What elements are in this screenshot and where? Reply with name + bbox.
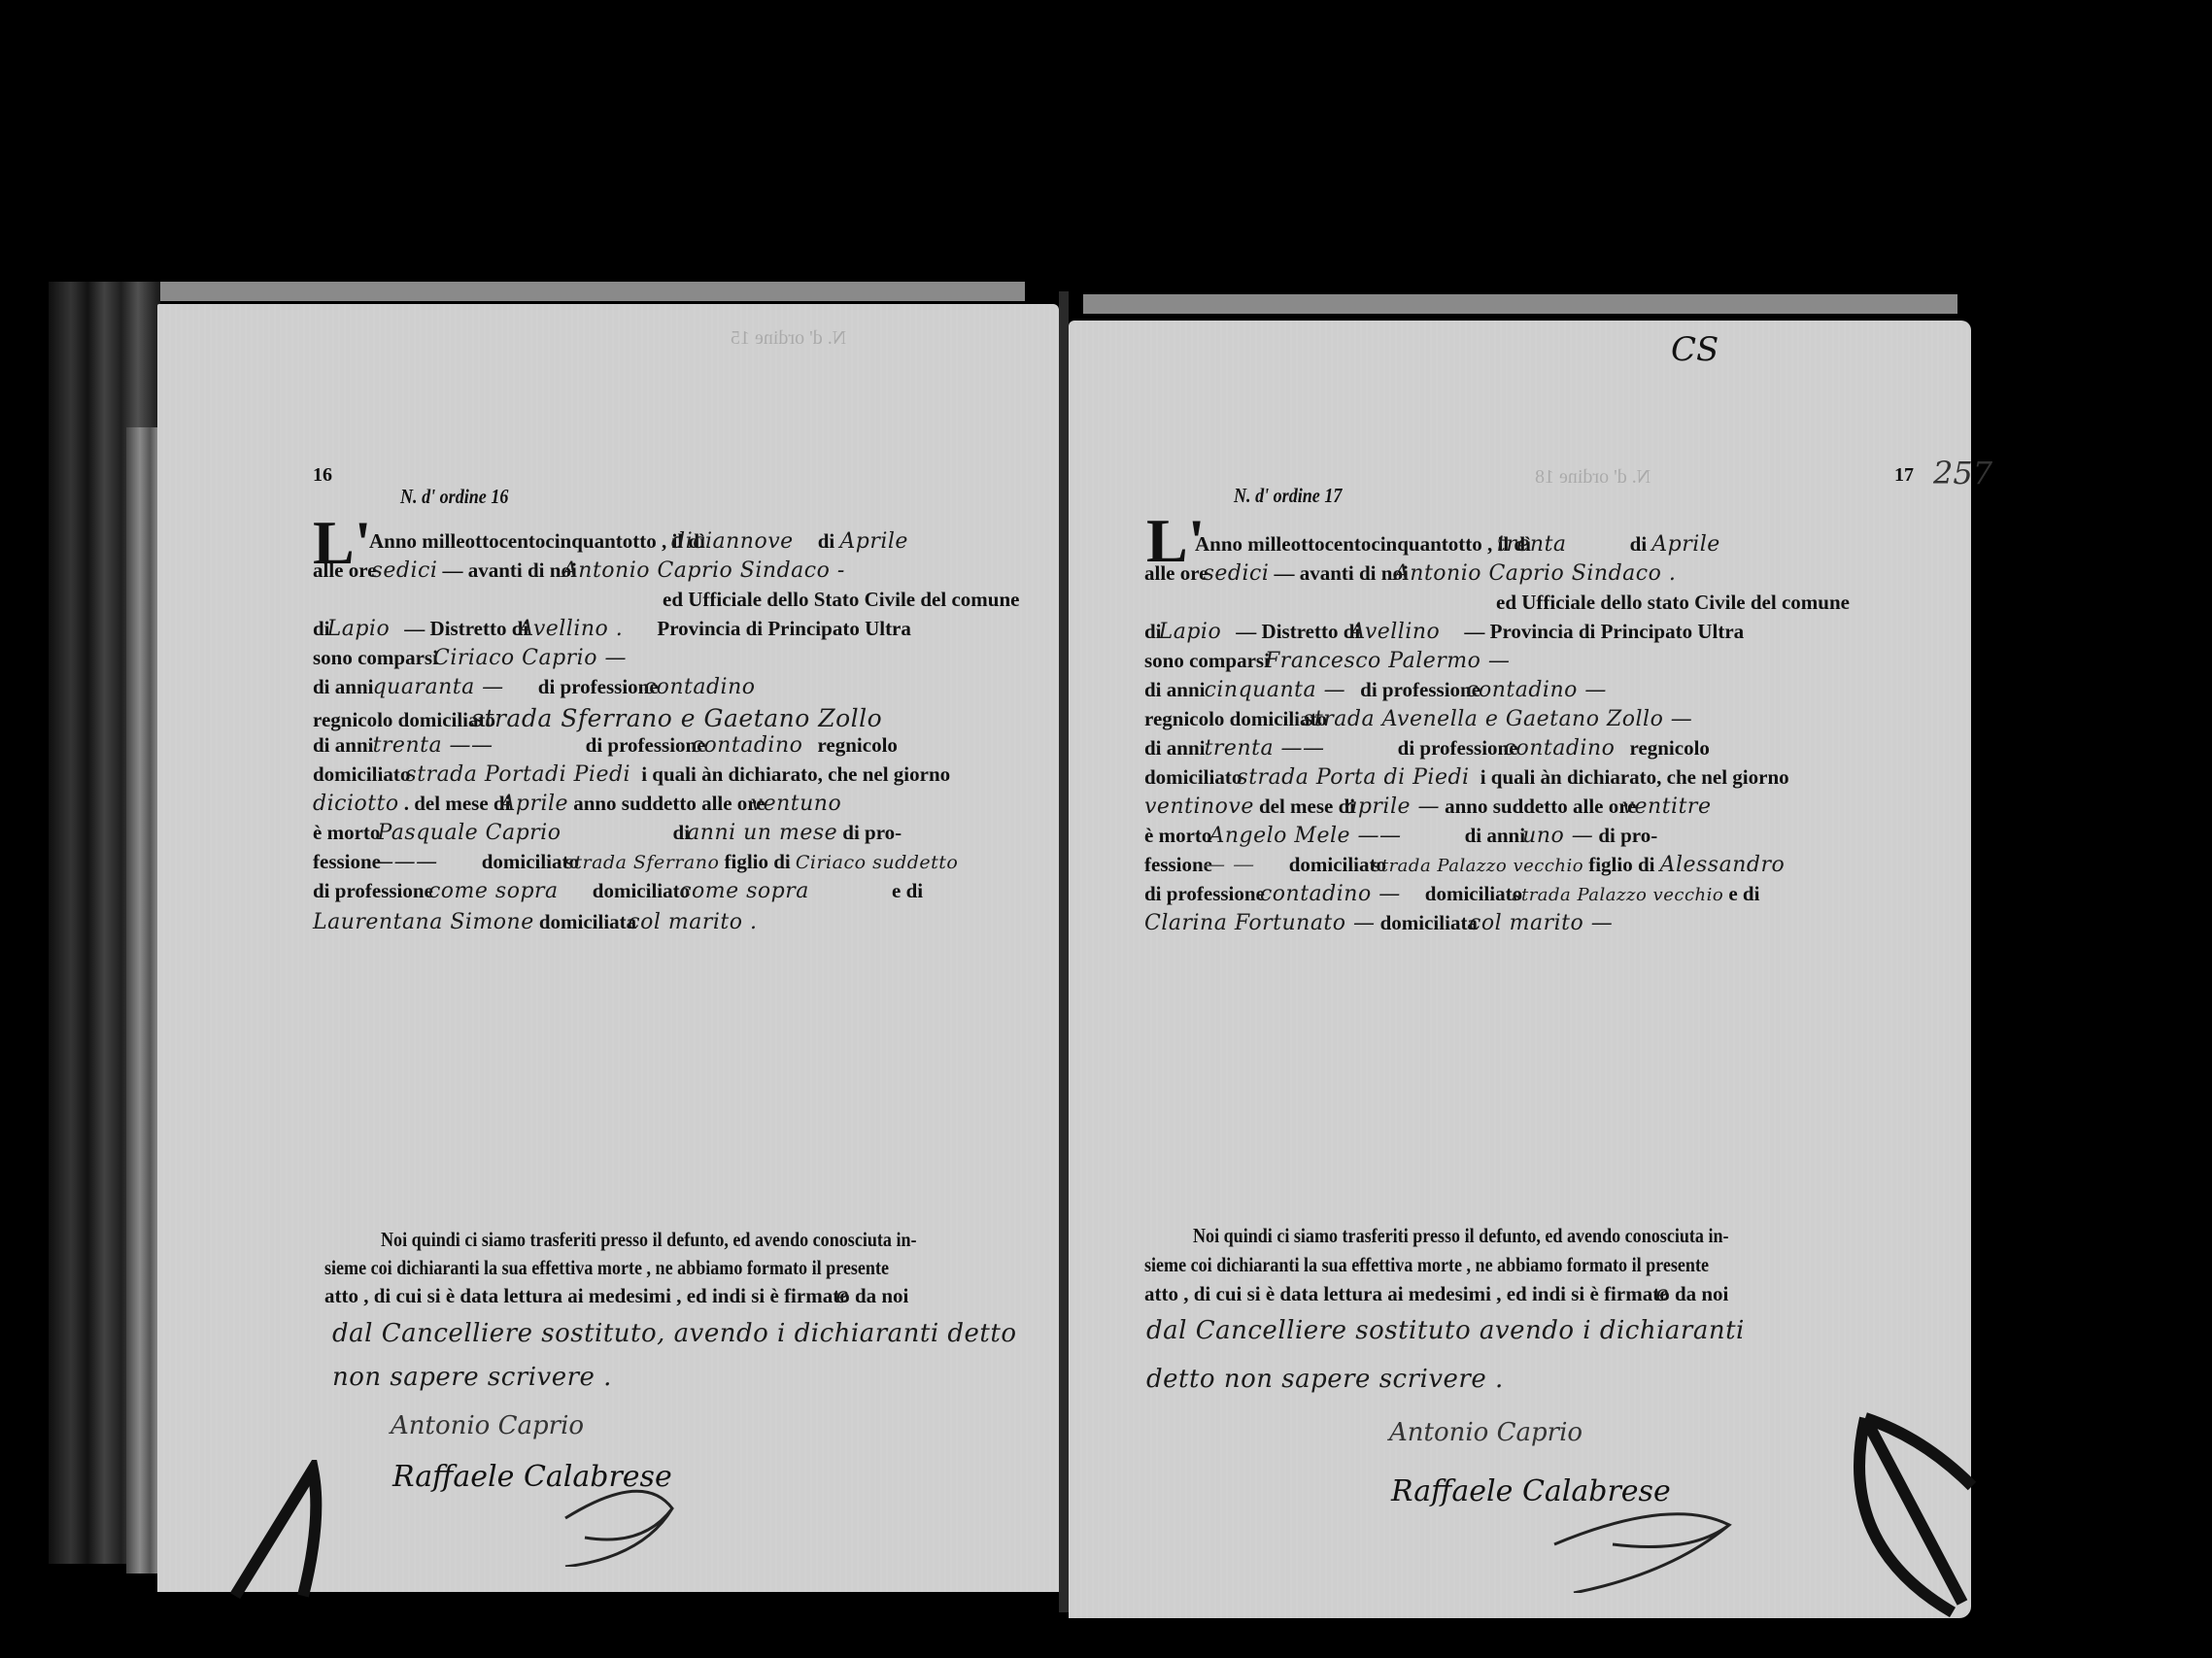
record-line-5: sono comparsi Ciriaco Caprio — — [313, 646, 627, 670]
folio-number: 257 — [1933, 455, 1992, 491]
bleed-through-text: N. d' ordine 15 — [731, 327, 846, 350]
record-line-8: di anni trenta —— di professione contadi… — [313, 733, 898, 758]
record-line-13: di professione come sopra domiciliato co… — [313, 879, 923, 903]
handwritten-declarant: Ciriaco Caprio — — [433, 646, 627, 670]
handwritten-deceased: Angelo Mele —— — [1208, 824, 1401, 848]
record-line-1: Anno milleottocentocinquantotto , il dì … — [1195, 532, 1720, 557]
book-gutter — [1059, 291, 1069, 1612]
spine-leaves — [126, 427, 160, 1573]
record-line-6: di anni quaranta — di professione contad… — [313, 675, 756, 699]
closing-paragraph-line-2: sieme coi dichiaranti la sua effettiva m… — [324, 1256, 889, 1280]
handwritten-month: Aprile — [839, 529, 908, 554]
handwritten-official: Antonio Caprio Sindaco . — [1394, 561, 1676, 586]
closing-handwritten-1: dal Cancelliere sostituto, avendo i dich… — [332, 1319, 1016, 1348]
corner-mark-icon — [216, 1460, 361, 1606]
record-line-3: ed Ufficiale dello stato Civile del comu… — [1496, 591, 1850, 615]
record-line-2: alle ore sedici — avanti di noi Antonio … — [1144, 561, 1676, 586]
record-line-1: Anno milleottocentocinquantotto , il dì … — [369, 529, 908, 554]
signature-flourish-icon — [527, 1470, 721, 1567]
record-line-10: ventinove del mese di aprile — anno sudd… — [1144, 795, 1711, 819]
record-line-2: alle ore sedici — avanti di noi Antonio … — [313, 558, 845, 583]
record-line-12: fessione ——— domiciliato strada Sferrano… — [313, 850, 958, 874]
record-line-4: di Lapio — Distretto di Avellino — Provi… — [1144, 620, 1744, 644]
closing-paragraph-line-3: atto , di cui si è data lettura ai medes… — [1144, 1282, 1669, 1306]
record-line-13: di professione contadino — domiciliato s… — [1144, 882, 1759, 906]
record-line-4: di Lapio — Distretto di Avellino . Provi… — [313, 617, 911, 641]
record-line-6: di anni cinquanta — di professione conta… — [1144, 678, 1607, 702]
handwritten-official: Antonio Caprio Sindaco - — [562, 558, 845, 583]
closing-paragraph-line-1: Noi quindi ci siamo trasferiti presso il… — [381, 1228, 917, 1252]
page-number: 16 — [313, 464, 332, 487]
closing-paragraph-line-2: sieme coi dichiaranti la sua effettiva m… — [1144, 1253, 1709, 1277]
closing-paragraph-line-3: atto , di cui si è data lettura ai medes… — [324, 1284, 849, 1308]
left-page: N. d' ordine 15 16 N. d' ordine 16 L' An… — [157, 304, 1059, 1592]
record-line-10: diciotto . del mese di Aprile anno sudde… — [313, 792, 841, 816]
record-line-5: sono comparsi Francesco Palermo — — [1144, 649, 1510, 673]
signature-mayor: Antonio Caprio — [1389, 1418, 1582, 1447]
page-number: 17 — [1894, 464, 1914, 487]
record-line-7: regnicolo domiciliato strada Sferrano e … — [313, 704, 882, 732]
closing-handwritten-2: detto non sapere scrivere . — [1146, 1365, 1504, 1394]
top-edge-right — [1083, 294, 1957, 314]
handwritten-declarant: Francesco Palermo — — [1265, 649, 1510, 673]
right-page: CS N. d' ordine 18 17 257 N. d' ordine 1… — [1069, 321, 1971, 1618]
handwritten-day: trenta — [1497, 532, 1567, 557]
signature-flourish-icon — [1535, 1476, 1749, 1593]
order-number-label: N. d' ordine 16 — [400, 485, 508, 509]
handwritten-month: Aprile — [1651, 532, 1720, 557]
closing-paragraph-line-1: Noi quindi ci siamo trasferiti presso il… — [1193, 1224, 1729, 1248]
record-line-9: domiciliato strada Porta di Piedi i qual… — [1144, 765, 1789, 790]
corner-initials: CS — [1671, 330, 1719, 369]
record-line-8: di anni trenta —— di professione contadi… — [1144, 736, 1710, 761]
bleed-through-text: N. d' ordine 18 — [1535, 466, 1650, 489]
record-line-11: è morto Angelo Mele —— di anni uno — di … — [1144, 824, 1657, 848]
signature-mayor: Antonio Caprio — [391, 1411, 584, 1440]
corner-mark-icon — [1826, 1399, 1982, 1622]
record-line-7: regnicolo domiciliato strada Avenella e … — [1144, 707, 1692, 731]
record-line-9: domiciliato strada Portadi Piedi i quali… — [313, 762, 950, 787]
record-line-11: è morto Pasquale Caprio di anni un mese … — [313, 821, 902, 845]
handwritten-day: diciannove — [671, 529, 794, 554]
record-line-12: fessione — — domiciliato strada Palazzo … — [1144, 853, 1785, 877]
record-line-14: Laurentana Simone domiciliata col marito… — [313, 910, 757, 934]
order-number-label: N. d' ordine 17 — [1234, 484, 1342, 508]
handwritten-deceased: Pasquale Caprio — [377, 821, 561, 845]
closing-handwritten-1: dal Cancelliere sostituto avendo i dichi… — [1146, 1316, 1745, 1345]
closing-handwritten-2: non sapere scrivere . — [332, 1363, 612, 1392]
record-line-3: ed Ufficiale dello Stato Civile del comu… — [663, 588, 1019, 612]
record-line-14: Clarina Fortunato — domiciliata col mari… — [1144, 911, 1613, 935]
top-edge-left — [160, 282, 1025, 301]
